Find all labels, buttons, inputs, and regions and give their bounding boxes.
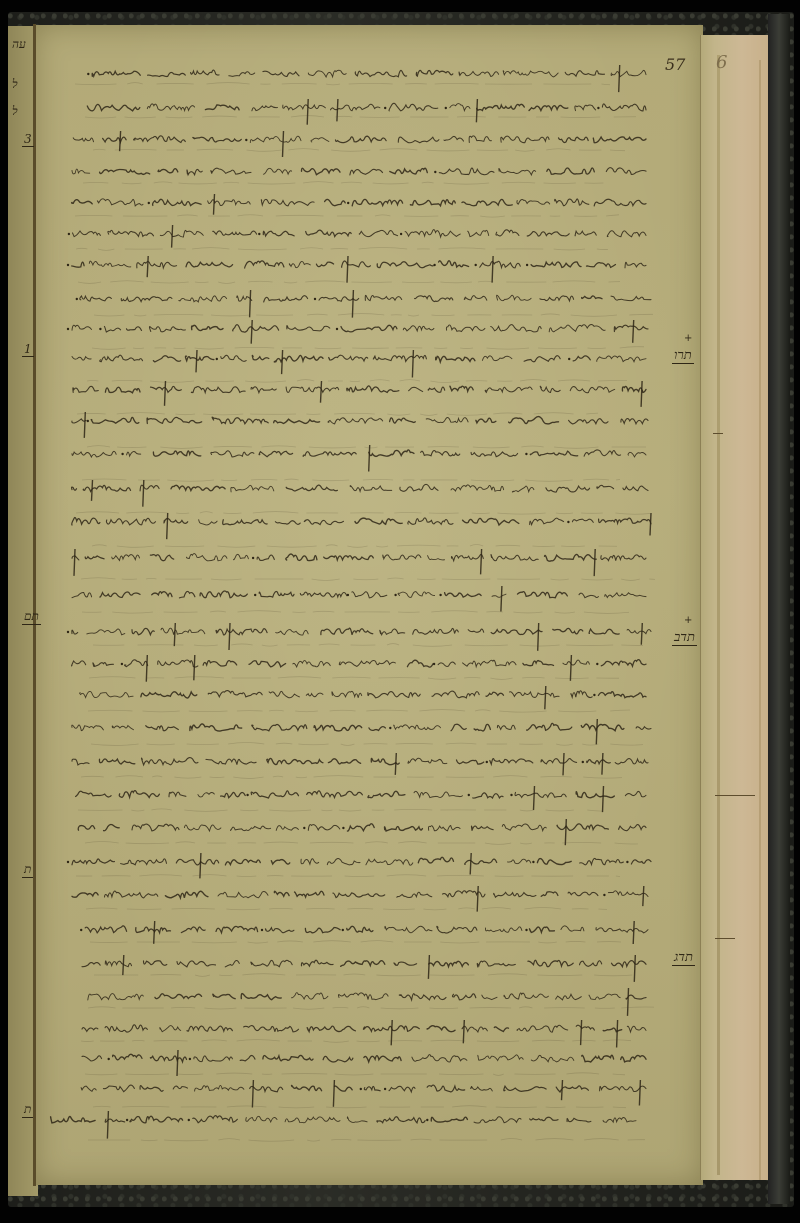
bleed-through-line [91,734,643,744]
handwritten-line [68,684,650,702]
left-margin-note: ל [12,104,18,119]
bleed-through-line [94,965,637,975]
fore-edge-rule [717,55,720,1175]
right-margin-note: תדג [672,949,695,966]
fore-edge-rule [759,60,761,1180]
edge-tick [715,938,735,939]
bleed-through-line [94,305,654,315]
bleed-through-line [85,833,638,843]
bleed-through-line [87,371,627,381]
bleed-through-line [88,701,630,711]
left-margin-note: ת [22,862,33,878]
bleed-through-line [87,437,646,447]
bleed-through-line [93,140,625,150]
book-cover-edge [768,14,790,1204]
bleed-through-line [85,1064,624,1074]
edge-tick [715,795,755,796]
fore-edge [700,35,769,1180]
bleed-through-line [85,107,637,117]
bleed-through-line [75,74,610,84]
bleed-through-line [93,1097,626,1107]
bleed-through-line [76,503,650,513]
bleed-through-line [76,866,620,876]
bleed-through-line [92,536,617,546]
handwritten-line [68,717,655,735]
bleed-through-line [81,767,622,777]
left-margin-note: ת [22,1102,33,1118]
bleed-through-line [78,800,602,810]
bleed-through-line [88,998,654,1008]
left-margin-note: 3 [22,132,34,147]
bleed-through-line [89,668,619,678]
left-margin-note: עה [12,37,26,52]
handwritten-line [68,318,652,336]
bleed-through-line [86,899,607,909]
left-margin-note: ל [12,77,18,92]
right-margin-note: תדב [672,629,697,646]
bleed-through-line [93,635,643,645]
bleed-through-line [83,173,607,183]
handwritten-line [68,254,650,272]
handwritten-line [78,1078,650,1096]
plus-mark: + [684,333,692,344]
bleed-through-line [78,272,620,282]
handwritten-line [68,288,655,306]
bleed-through-line [82,470,619,480]
left-margin-note: תם [22,609,41,625]
page-gutter-edge [33,24,36,1186]
right-margin-note: תרו [672,347,694,364]
bleed-through-line [88,1130,645,1140]
edge-tick [713,433,723,434]
plus-mark: + [684,615,692,626]
left-margin-note: 1 [22,342,34,357]
tab-number: 6 [716,52,727,73]
bleed-through-line [77,404,599,414]
bleed-through-line [81,1031,632,1041]
bleed-through-line [92,338,644,348]
bleed-through-line [76,239,608,249]
scan-background: 57 6 תרו+תדב+תדג עהלל31תםתת [0,0,800,1223]
handwritten-line [68,584,650,602]
bleed-through-line [75,206,619,216]
bleed-through-line [90,932,621,942]
bleed-through-line [81,569,655,579]
folio-number: 57 [665,55,685,74]
bleed-through-line [82,602,629,612]
